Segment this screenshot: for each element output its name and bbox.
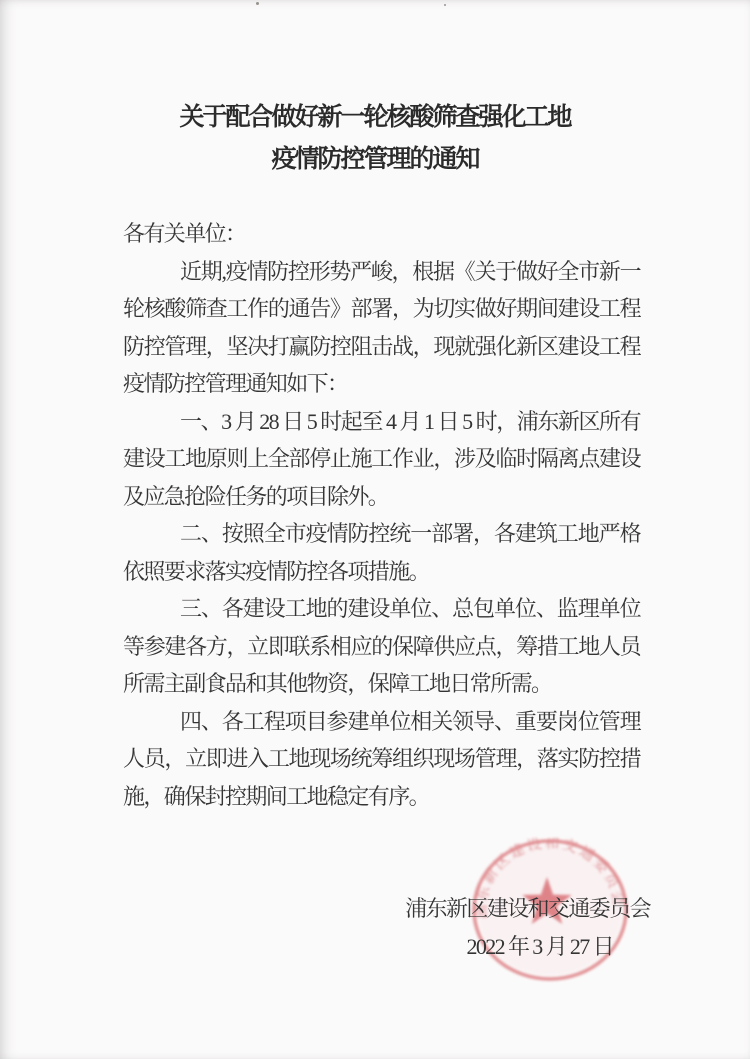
scanned-notice-page: 关于配合做好新一轮核酸筛查强化工地 疫情防控管理的通知 各有关单位： 近期,疫情…: [0, 0, 750, 1059]
dust-speck: [444, 4, 446, 6]
paragraph-item-4: 四、各工程项目参建单位相关领导、重要岗位管理人员，立即进入工地现场统筹组织现场管…: [123, 703, 640, 816]
paragraph-intro: 近期,疫情防控形势严峻，根据《关于做好全市新一轮核酸筛查工作的通告》部署，为切实…: [123, 253, 640, 403]
notice-title: 关于配合做好新一轮核酸筛查强化工地 疫情防控管理的通知: [0, 96, 750, 180]
issuer-signature: 浦东新区建设和交通委员会: [123, 890, 650, 928]
signature-block: 浦东新区建设和交通委员会 2022 年 3 月 27 日: [123, 890, 640, 965]
issue-date: 2022 年 3 月 27 日: [123, 928, 613, 966]
paragraph-item-3: 三、各建设工地的建设单位、总包单位、监理单位等参建各方，立即联系相应的保障供应点…: [123, 590, 640, 703]
dust-speck: [256, 2, 259, 5]
notice-title-line1: 关于配合做好新一轮核酸筛查强化工地: [0, 96, 750, 138]
paragraph-item-1: 一、3 月 28 日 5 时起至 4 月 1 日 5 时，浦东新区所有建设工地原…: [123, 403, 640, 516]
notice-body: 各有关单位： 近期,疫情防控形势严峻，根据《关于做好全市新一轮核酸筛查工作的通告…: [123, 215, 640, 965]
salutation: 各有关单位：: [123, 215, 640, 253]
notice-title-line2: 疫情防控管理的通知: [0, 138, 750, 180]
paragraph-item-2: 二、按照全市疫情防控统一部署，各建筑工地严格依照要求落实疫情防控各项措施。: [123, 515, 640, 590]
